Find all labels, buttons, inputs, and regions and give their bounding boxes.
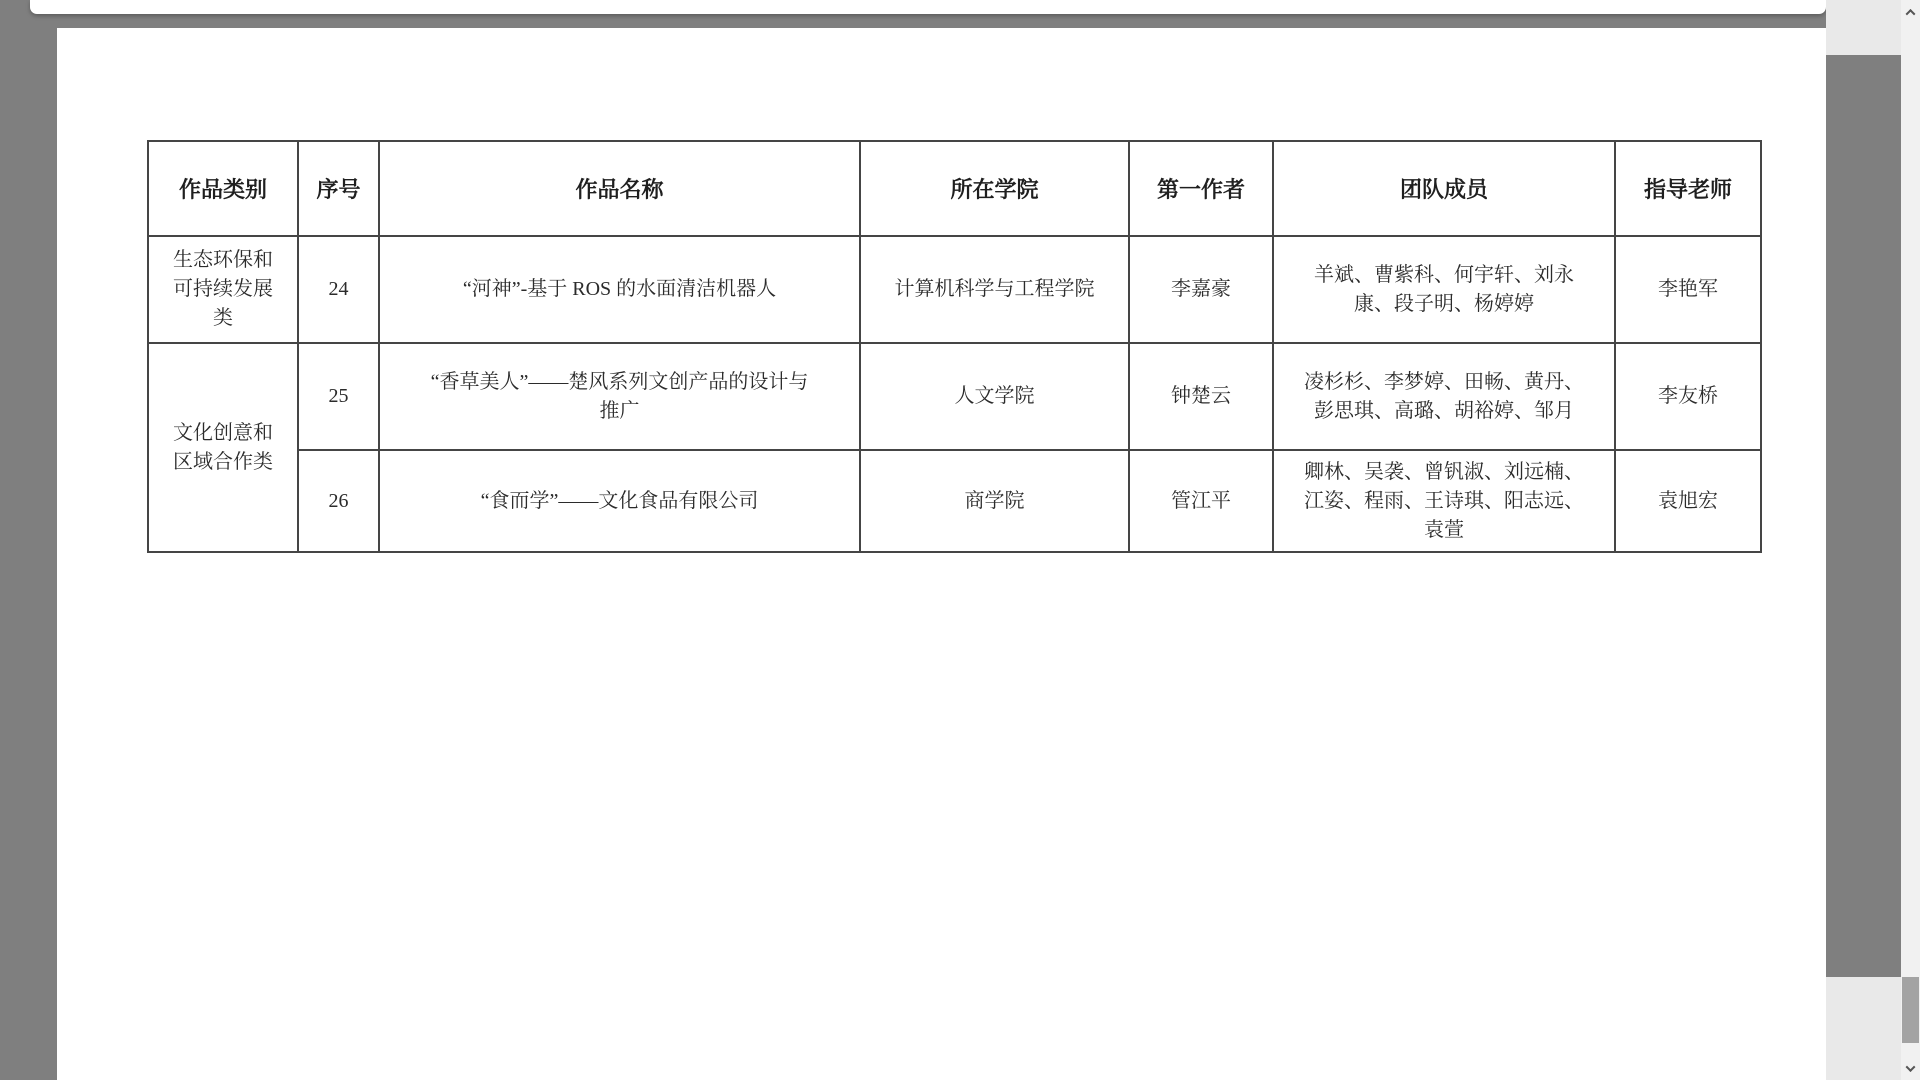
document-page: 作品类别 序号 作品名称 所在学院 第一作者 团队成员 指导老师 生态环保和 可… (57, 28, 1826, 1080)
col-header-title: 作品名称 (379, 141, 860, 236)
scroll-down-button[interactable] (1901, 1059, 1920, 1077)
col-header-members: 团队成员 (1273, 141, 1615, 236)
cell-college: 计算机科学与工程学院 (860, 236, 1129, 343)
table-row: 文化创意和 区域合作类 25 “香草美人”——楚风系列文创产品的设计与 推广 人… (148, 343, 1761, 450)
table-row: 生态环保和 可持续发展 类 24 “河神”-基于 ROS 的水面清洁机器人 计算… (148, 236, 1761, 343)
cell-number: 26 (298, 450, 379, 552)
cell-work-title: “食而学”——文化食品有限公司 (379, 450, 860, 552)
cell-members: 卿林、吴袭、曾钒淑、刘远楠、 江姿、程雨、王诗琪、阳志远、 袁萱 (1273, 450, 1615, 552)
cell-work-title: “香草美人”——楚风系列文创产品的设计与 推广 (379, 343, 860, 450)
cell-first-author: 钟楚云 (1129, 343, 1273, 450)
cell-members: 羊斌、曹紫科、何宇轩、刘永 康、段子明、杨婷婷 (1273, 236, 1615, 343)
cell-college: 人文学院 (860, 343, 1129, 450)
top-right-panel (1826, 0, 1901, 55)
cell-advisor: 袁旭宏 (1615, 450, 1761, 552)
cell-number: 24 (298, 236, 379, 343)
cell-category: 生态环保和 可持续发展 类 (148, 236, 298, 343)
cell-category: 文化创意和 区域合作类 (148, 343, 298, 552)
vertical-scrollbar[interactable] (1901, 0, 1920, 1080)
works-table-container: 作品类别 序号 作品名称 所在学院 第一作者 团队成员 指导老师 生态环保和 可… (147, 140, 1762, 553)
chevron-up-icon (1906, 8, 1916, 18)
toolbar-bottom-strip (30, 0, 1826, 14)
col-header-college: 所在学院 (860, 141, 1129, 236)
cell-number: 25 (298, 343, 379, 450)
app-canvas: 作品类别 序号 作品名称 所在学院 第一作者 团队成员 指导老师 生态环保和 可… (0, 0, 1920, 1080)
works-table: 作品类别 序号 作品名称 所在学院 第一作者 团队成员 指导老师 生态环保和 可… (147, 140, 1762, 553)
bottom-right-panel (1826, 977, 1901, 1080)
cell-college: 商学院 (860, 450, 1129, 552)
cell-members: 凌杉杉、李梦婷、田畅、黄丹、 彭思琪、高璐、胡裕婷、邹月 (1273, 343, 1615, 450)
cell-first-author: 李嘉豪 (1129, 236, 1273, 343)
table-row: 26 “食而学”——文化食品有限公司 商学院 管江平 卿林、吴袭、曾钒淑、刘远楠… (148, 450, 1761, 552)
chevron-down-icon (1906, 1062, 1916, 1072)
header-row: 作品类别 序号 作品名称 所在学院 第一作者 团队成员 指导老师 (148, 141, 1761, 236)
col-header-first-author: 第一作者 (1129, 141, 1273, 236)
cell-advisor: 李友桥 (1615, 343, 1761, 450)
cell-advisor: 李艳军 (1615, 236, 1761, 343)
col-header-category: 作品类别 (148, 141, 298, 236)
col-header-advisor: 指导老师 (1615, 141, 1761, 236)
cell-work-title: “河神”-基于 ROS 的水面清洁机器人 (379, 236, 860, 343)
scrollbar-thumb[interactable] (1902, 977, 1919, 1043)
scroll-up-button[interactable] (1901, 3, 1920, 21)
cell-first-author: 管江平 (1129, 450, 1273, 552)
col-header-number: 序号 (298, 141, 379, 236)
